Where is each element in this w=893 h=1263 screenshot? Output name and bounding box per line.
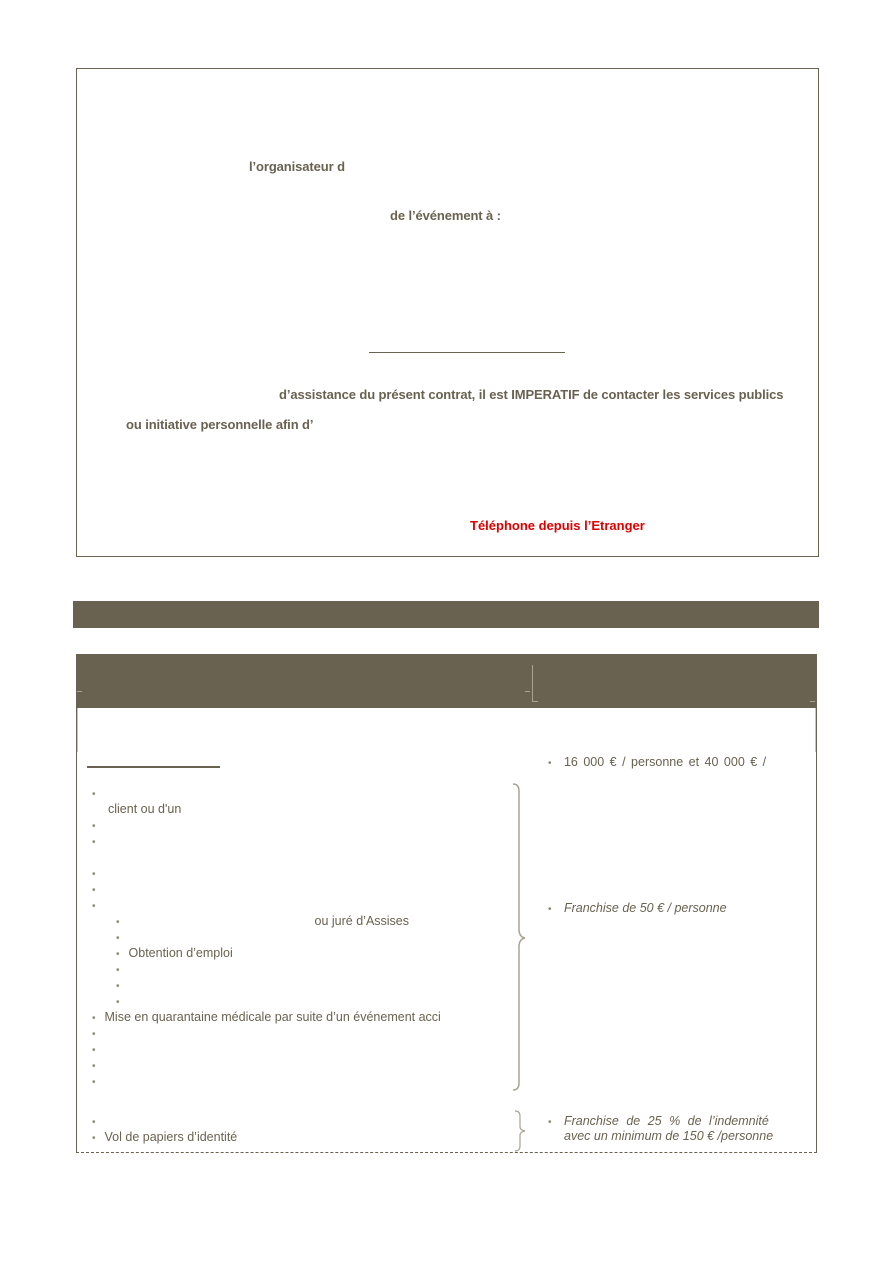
bullet-icon: • xyxy=(92,1029,96,1040)
list-item: • xyxy=(92,896,105,915)
bullet-icon: • xyxy=(92,869,96,880)
emergency-info-box xyxy=(76,68,819,557)
bullet-icon: • xyxy=(92,1061,96,1072)
evenement-text: de l’événement à : xyxy=(390,208,501,223)
initiative-text: ou initiative personnelle afin d’ xyxy=(126,417,313,432)
header-tick xyxy=(810,701,815,702)
underline-divider xyxy=(369,352,565,353)
bullet-icon: • xyxy=(92,1013,96,1024)
bullet-icon: • xyxy=(116,997,120,1008)
list-item-text: client ou d'un xyxy=(108,802,181,816)
limit-item: • 16 000 € / personne et 40 000 € / xyxy=(548,753,766,772)
list-item-text: Obtention d’emploi xyxy=(129,946,233,960)
bullet-icon: • xyxy=(92,1117,96,1128)
row-heading-underline xyxy=(87,766,220,768)
bullet-icon: • xyxy=(92,821,96,832)
bullet-icon: • xyxy=(548,904,552,915)
brace-icon xyxy=(511,783,527,1092)
organisateur-text: l’organisateur d xyxy=(249,159,345,174)
franchise-item-1: • Franchise de 50 € / personne xyxy=(548,899,727,918)
list-item: • xyxy=(92,832,105,851)
bullet-icon: • xyxy=(92,1077,96,1088)
list-item: •Obtention d’emploi xyxy=(116,944,233,963)
list-item: • xyxy=(92,1072,105,1091)
bullet-icon: • xyxy=(92,789,96,800)
bullet-icon: • xyxy=(92,1133,96,1144)
bullet-icon: • xyxy=(92,1045,96,1056)
list-item: • xyxy=(92,784,105,803)
brace-icon xyxy=(513,1110,529,1152)
franchise-2-line-1: Franchise de 25 % de l’indemnité xyxy=(564,1114,769,1128)
list-item-text: Mise en quarantaine médicale par suite d… xyxy=(105,1010,441,1024)
bullet-icon: • xyxy=(116,933,120,944)
assistance-text: d’assistance du présent contrat, il est … xyxy=(279,387,783,402)
franchise-2-line-2: avec un minimum de 150 € /personne xyxy=(564,1128,773,1144)
bullet-icon: • xyxy=(116,949,120,960)
list-item: •Mise en quarantaine médicale par suite … xyxy=(92,1008,441,1027)
header-tick xyxy=(532,701,538,702)
list-item-text: Vol de papiers d’identité xyxy=(105,1130,238,1144)
list-item: •ou juré d’Assises xyxy=(116,912,409,931)
section-title-band xyxy=(73,601,819,628)
bullet-icon: • xyxy=(116,965,120,976)
list-item-text: ou juré d’Assises xyxy=(315,914,410,928)
bullet-icon: • xyxy=(548,1117,552,1128)
franchise-1-text: Franchise de 50 € / personne xyxy=(564,901,727,915)
bullet-icon: • xyxy=(92,885,96,896)
bullet-icon: • xyxy=(92,837,96,848)
limit-text: 16 000 € / personne et 40 000 € / xyxy=(564,755,766,769)
header-tick xyxy=(77,691,82,692)
telephone-abroad-label: Téléphone depuis l’Etranger xyxy=(470,518,645,533)
list-item: client ou d'un xyxy=(108,800,181,818)
table-header xyxy=(76,654,817,708)
bullet-icon: • xyxy=(92,901,96,912)
bullet-icon: • xyxy=(548,758,552,769)
list-item: •Vol de papiers d’identité xyxy=(92,1128,237,1147)
bullet-icon: • xyxy=(116,981,120,992)
header-tick xyxy=(525,691,530,692)
header-column-divider xyxy=(532,665,533,701)
bullet-icon: • xyxy=(116,917,120,928)
